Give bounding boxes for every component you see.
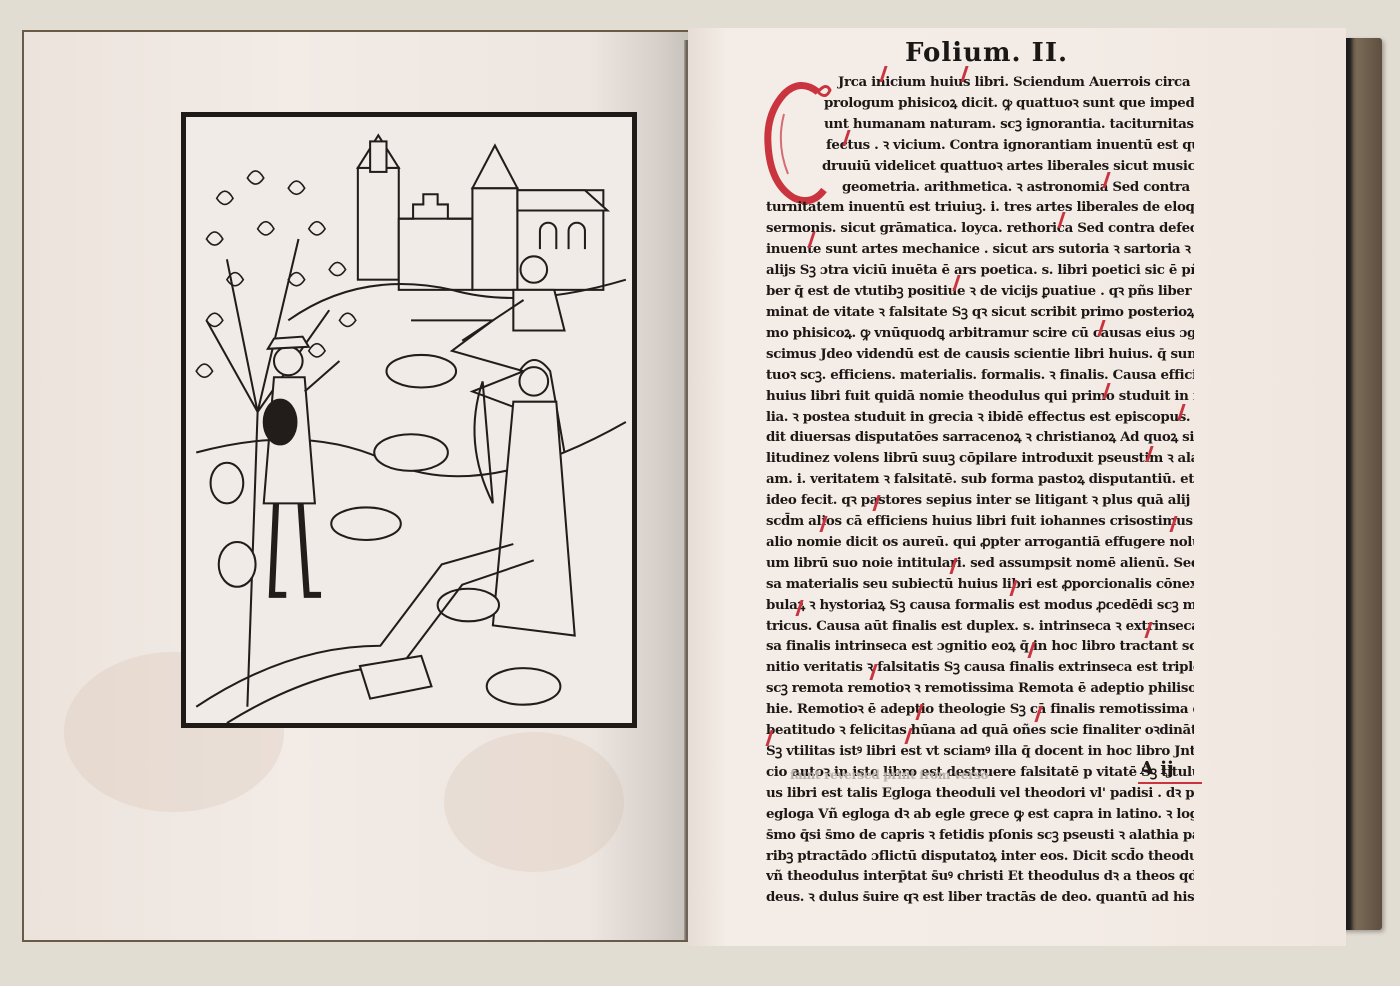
text-line: scd̄m alios cā efficiens huius libri fui… bbox=[766, 511, 1194, 532]
text-line: ribꝫ ptractādo ɔflictū disputatoꝝ inter … bbox=[766, 846, 1194, 867]
book-cover-edge bbox=[1340, 38, 1382, 930]
text-line: unt humanam naturam. scꝫ ignorantia. tac… bbox=[766, 114, 1194, 135]
text-line: sa materialis seu subiectū huius libri e… bbox=[766, 574, 1194, 595]
text-line: Jrca inicium huius libri. Sciendum Auerr… bbox=[766, 72, 1194, 93]
signature-mark: A ij bbox=[1140, 758, 1174, 779]
text-line: litudinez volens librū suuꝫ cōpilare int… bbox=[766, 448, 1194, 469]
text-line: vñ theodulus interp̄tat s̄uꝰ christi Et … bbox=[766, 866, 1194, 887]
text-line: alijs Sꝫ ɔtra viciū inuēta ē ars poetica… bbox=[766, 260, 1194, 281]
text-line: dit diuersas disputatōes sarracenoꝝ ꝛ ch… bbox=[766, 427, 1194, 448]
commentary-text: Jrca inicium huius libri. Sciendum Auerr… bbox=[766, 72, 1194, 908]
text-line: hie. Remotioꝛ ē adeptio theologie Sꝫ cā … bbox=[766, 699, 1194, 720]
text-line: nitio veritatis ꝛ falsitatis Sꝫ causa fi… bbox=[766, 657, 1194, 678]
text-line: turnitatem inuentū est triuiuꝫ. i. tres … bbox=[766, 197, 1194, 218]
paper-stain bbox=[444, 732, 624, 872]
text-line: scꝫ remota remotioꝛ ꝛ remotissima Remota… bbox=[766, 678, 1194, 699]
text-line: fectus . ꝛ vicium. Contra ignorantiam in… bbox=[766, 135, 1194, 156]
text-line: am. i. veritatem ꝛ falsitatē. sub forma … bbox=[766, 469, 1194, 490]
running-head: Folium. II. bbox=[905, 38, 1068, 68]
woodcut-illustration bbox=[181, 112, 637, 728]
text-line: beatitudo ꝛ felicitas hūana ad quā oñes … bbox=[766, 720, 1194, 741]
text-line: alio nomie dicit os aureū. qui ꝓpter arr… bbox=[766, 532, 1194, 553]
text-line: tuoꝛ scꝫ. efficiens. materialis. formali… bbox=[766, 365, 1194, 386]
text-line: s̄mo q̄si s̄mo de capris ꝛ fetidis pſoni… bbox=[766, 825, 1194, 846]
text-line: sermonis. sicut grāmatica. loyca. rethor… bbox=[766, 218, 1194, 239]
woodcut-drawing bbox=[186, 117, 632, 723]
text-line: egloga Vñ egloga dꝛ ab egle grece ꝙ est … bbox=[766, 804, 1194, 825]
text-line: prologum phisicoꝝ dicit. ꝙ quattuoꝛ sunt… bbox=[766, 93, 1194, 114]
text-line: ideo fecit. qꝛ pastores sepius inter se … bbox=[766, 490, 1194, 511]
text-line: sa finalis intrinseca est ɔgnitio eoꝝ q̄… bbox=[766, 636, 1194, 657]
text-line: us libri est talis Egloga theoduli vel t… bbox=[766, 783, 1194, 804]
show-through-text: faint reversed print from verso bbox=[790, 768, 988, 782]
text-line: minat de vitate ꝛ falsitate Sꝫ qꝛ sicut … bbox=[766, 302, 1194, 323]
text-line: Sꝫ vtilitas istꝰ libri est vt sciamꝰ ill… bbox=[766, 741, 1194, 762]
text-line: lia. ꝛ postea studuit in grecia ꝛ ibidē … bbox=[766, 407, 1194, 428]
text-line: huius libri fuit quidā nomie theodulus q… bbox=[766, 386, 1194, 407]
text-line: geometria. arithmetica. ꝛ astronomia Sed… bbox=[766, 177, 1194, 198]
text-line: scimus Jdeo videndū est de causis scient… bbox=[766, 344, 1194, 365]
text-line: tricus. Causa aūt finalis est duplex. s.… bbox=[766, 616, 1194, 637]
signature-underline bbox=[1138, 782, 1202, 784]
text-line: mo phisicoꝝ. ꝙ vnūquodꝗ arbitramur scire… bbox=[766, 323, 1194, 344]
open-book: Folium. II. Jrca inicium huius libri. Sc… bbox=[0, 0, 1400, 986]
text-line: bulaꝝ ꝛ hystoriaꝝ Sꝫ causa formalis est … bbox=[766, 595, 1194, 616]
text-line: druuiū videlicet quattuoꝛ artes liberale… bbox=[766, 156, 1194, 177]
text-line: ber q̄ est de vtutibꝫ positiue ꝛ de vici… bbox=[766, 281, 1194, 302]
text-line: um librū suo noie intitulari. sed assump… bbox=[766, 553, 1194, 574]
text-line: inuente sunt artes mechanice . sicut ars… bbox=[766, 239, 1194, 260]
text-line: deus. ꝛ dulus s̄uire qꝛ est liber tractā… bbox=[766, 887, 1194, 908]
